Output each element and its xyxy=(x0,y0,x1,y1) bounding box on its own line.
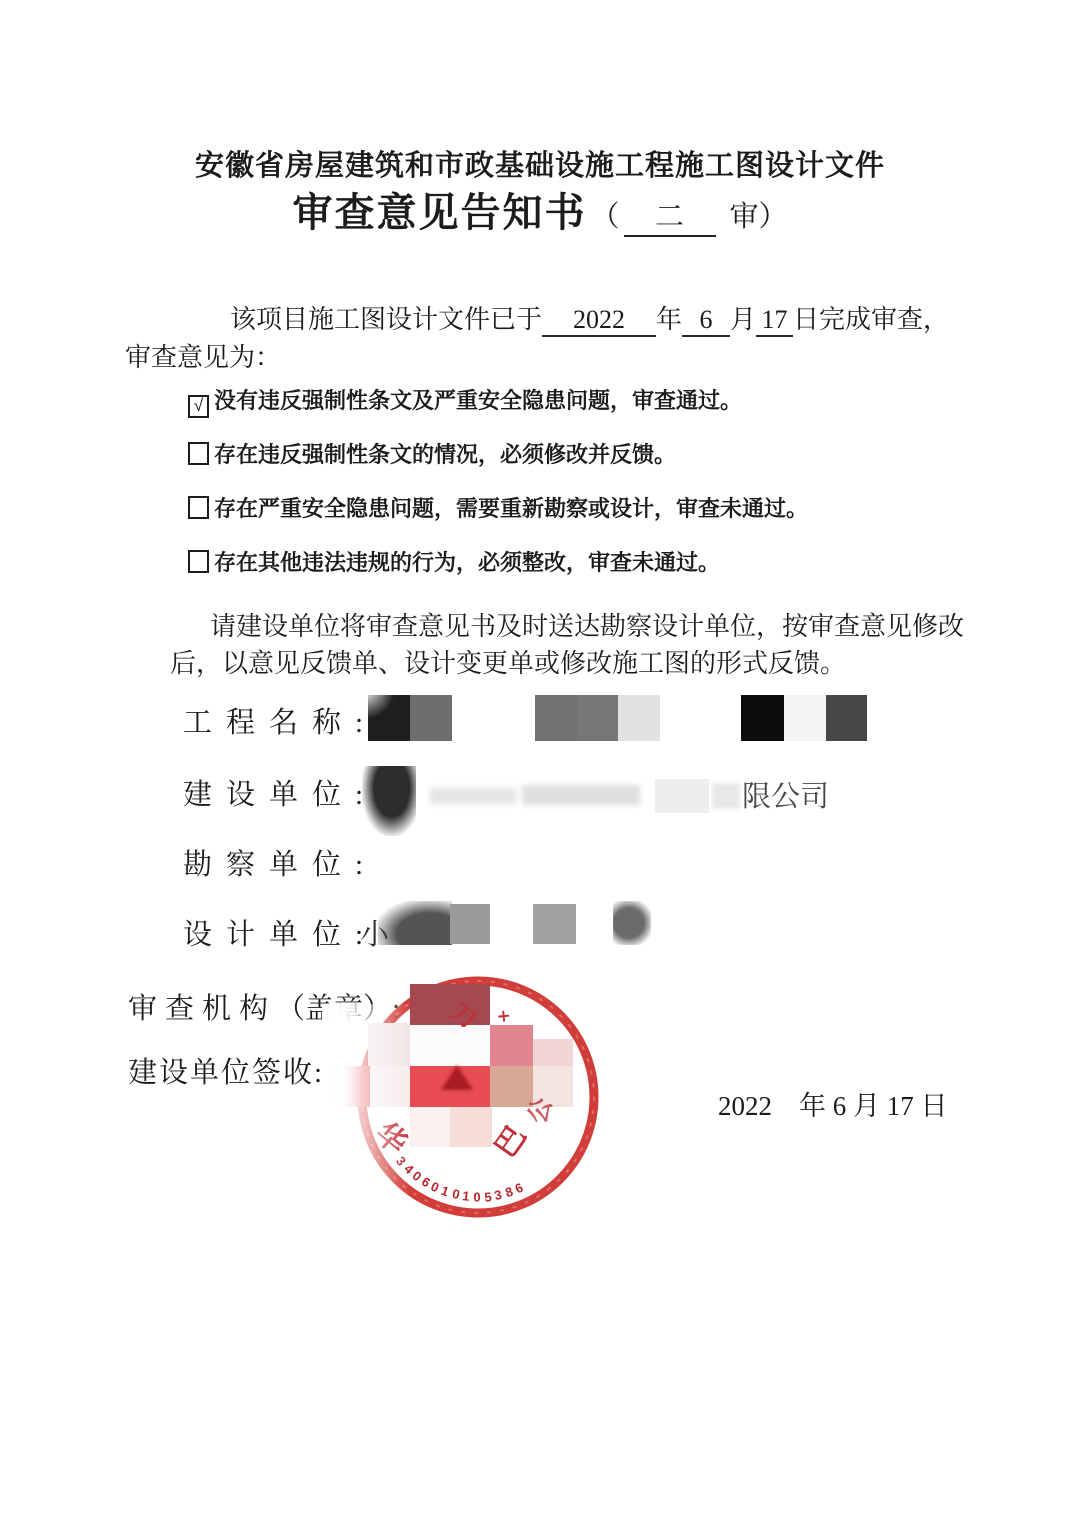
redaction-blob xyxy=(613,901,651,945)
seal-code-digit: 0 xyxy=(473,1189,480,1204)
checkbox-safety-hazard[interactable] xyxy=(188,496,209,519)
notice-line2: 后，以意见反馈单、设计变更单或修改施工图的形式反馈。 xyxy=(170,643,846,680)
checkbox-passed-checked[interactable]: √ xyxy=(188,395,209,418)
option-label: 没有违反强制性条文及严重安全隐患问题，审查通过。 xyxy=(214,388,742,413)
redaction-block xyxy=(618,695,660,741)
document-title-line1: 安徽省房屋建筑和市政基础设施工程施工图设计文件 xyxy=(0,143,1080,184)
document-page: 安徽省房屋建筑和市政基础设施工程施工图设计文件 审查意见告知书 （二审） 该项目… xyxy=(0,0,1080,1527)
redaction-block xyxy=(410,695,452,741)
redaction-blob xyxy=(378,901,452,945)
review-org-seal: 刀 × 华 巴 公 3406010105386 xyxy=(330,968,620,1230)
seal-mosaic-block xyxy=(490,1025,533,1066)
seal-code-digit: 5 xyxy=(483,1189,492,1205)
checkbox-other-violation[interactable] xyxy=(188,550,209,573)
builder-sign-label: 建设单位签收: xyxy=(128,1050,324,1091)
field-construction-unit: 建设单位: xyxy=(183,772,377,813)
seal-fade-overlay xyxy=(322,1004,410,1196)
seal-star-icon xyxy=(441,1065,473,1090)
field-project-name-label: 工程名称: xyxy=(183,707,377,739)
intro-text-1: 该项目施工图设计文件已于 xyxy=(230,305,542,334)
completion-month: 6 xyxy=(682,305,730,337)
notice-line1: 请建设单位将审查意见书及时送达勘察设计单位，按审查意见修改 xyxy=(170,606,964,643)
option-row-mandatory-violation: 存在违反强制性条文的情况，必须修改并反馈。 xyxy=(188,438,808,463)
intro-line1: 该项目施工图设计文件已于2022年6月17日完成审查， xyxy=(125,299,949,337)
option-row-safety-hazard: 存在严重安全隐患问题，需要重新勘察或设计，审查未通过。 xyxy=(188,492,808,517)
field-survey-unit-label: 勘察单位: xyxy=(183,849,377,881)
review-round-paren-close: 审） xyxy=(730,201,788,233)
field-design-unit: 设计单位: xyxy=(183,912,377,953)
review-round-paren-open: （ xyxy=(590,201,619,233)
document-title-line2: 审查意见告知书 （二审） xyxy=(0,181,1080,238)
redaction-blob xyxy=(362,766,416,836)
redaction-block xyxy=(577,695,618,741)
review-options-list: √没有违反强制性条文及严重安全隐患问题，审查通过。 存在违反强制性条文的情况，必… xyxy=(188,384,808,600)
intro-text-4: 日完成审查， xyxy=(793,305,949,334)
redacted-ghost-text xyxy=(712,783,740,809)
notice-title: 审查意见告知书 xyxy=(292,191,586,235)
redaction-block xyxy=(533,904,576,944)
review-org-label: 审查机构 xyxy=(128,993,276,1025)
intro-line2: 审查意见为： xyxy=(125,337,281,374)
redaction-block xyxy=(535,695,577,741)
checkbox-mandatory-violation[interactable] xyxy=(188,442,209,465)
intro-text-3: 月 xyxy=(730,305,756,334)
option-label: 存在其他违法违规的行为，必须整改，审查未通过。 xyxy=(214,550,720,575)
review-date: 2022 年 6 月 17 日 xyxy=(718,1084,948,1123)
seal-mosaic-block xyxy=(533,1039,573,1066)
field-project-name: 工程名称: xyxy=(183,700,377,741)
redaction-block xyxy=(450,904,490,944)
field-design-unit-label: 设计单位: xyxy=(183,919,377,951)
option-label: 存在违反强制性条文的情况，必须修改并反馈。 xyxy=(214,442,676,467)
option-row-passed: √没有违反强制性条文及严重安全隐患问题，审查通过。 xyxy=(188,384,808,409)
redaction-block xyxy=(368,695,410,741)
redaction-block xyxy=(741,695,784,741)
redaction-block xyxy=(655,779,709,813)
review-round-value: 二 xyxy=(624,194,716,237)
redacted-ghost-text xyxy=(430,788,516,804)
completion-year: 2022 xyxy=(542,305,656,337)
option-row-other-violation: 存在其他违法违规的行为，必须整改，审查未通过。 xyxy=(188,546,808,571)
completion-day: 17 xyxy=(756,305,793,337)
redacted-ghost-text xyxy=(522,785,640,805)
redaction-block xyxy=(784,695,826,741)
construction-unit-visible-suffix: 限公司 xyxy=(742,774,829,815)
field-construction-unit-label: 建设单位: xyxy=(183,779,377,811)
seal-mosaic-block xyxy=(410,1025,490,1066)
redaction-block xyxy=(826,695,867,741)
option-label: 存在严重安全隐患问题，需要重新勘察或设计，审查未通过。 xyxy=(214,496,808,521)
field-survey-unit: 勘察单位: xyxy=(183,842,377,883)
intro-text-2: 年 xyxy=(656,305,682,334)
